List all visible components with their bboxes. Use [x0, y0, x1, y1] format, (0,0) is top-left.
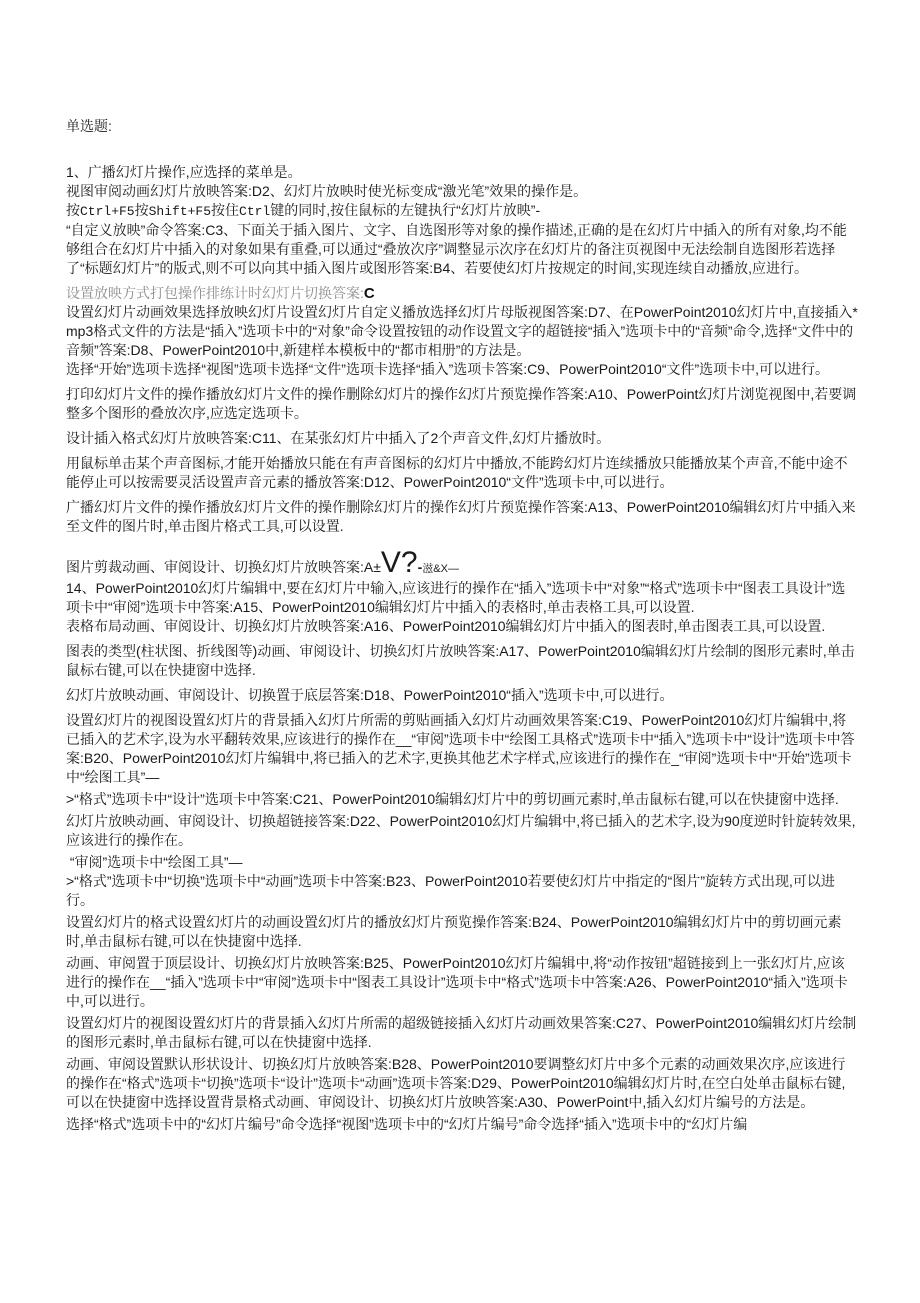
- paragraph-q28-q30: 动画、审阅设置默认形状设计、切换幻灯片放映答案:B28、PowerPoint20…: [66, 1055, 858, 1112]
- paragraph-q12: 用鼠标单击某个声音图标,才能开始播放只能在有声音图标的幻灯片中播放,不能跨幻灯片…: [66, 454, 858, 492]
- shortcut-ctrl-f5: Ctrl+F5: [80, 204, 135, 219]
- paragraph-q16: 表格布局动画、审阅设计、切换幻灯片放映答案:A16、PowerPoint2010…: [66, 617, 858, 636]
- text-run: 图片剪裁动画、审阅设计、切换幻灯片放映答案:A±: [66, 559, 381, 575]
- paragraph-q23: >“格式”选项卡中“切换”选项卡中“动画”选项卡中答案:B23、PowerPoi…: [66, 872, 858, 910]
- paragraph-final-truncated: 选择“格式”选项卡中的“幻灯片编号”命令选择“视图”选项卡中的“幻灯片编号”命令…: [66, 1115, 858, 1134]
- garbled-small-text: 滋&X—: [422, 563, 459, 575]
- paragraph-q11: 设计插入格式幻灯片放映答案:C11、在某张幻灯片中插入了2个声音文件,幻灯片播放…: [66, 429, 858, 448]
- section-heading: 单选题:: [66, 117, 858, 136]
- answer-letter: C: [364, 285, 375, 302]
- paragraph-q2: 视图审阅动画幻灯片放映答案:D2、幻灯片放映时使光标变成“激光笔”效果的操作是。: [66, 182, 858, 201]
- shortcut-ctrl: Ctrl: [239, 204, 270, 219]
- paragraph-q14-q15: 14、PowerPoint2010幻灯片编辑中,要在幻灯片中输入,应该进行的操作…: [66, 579, 858, 617]
- paragraph-q22: 幻灯片放映动画、审阅设计、切换超链接答案:D22、PowerPoint2010幻…: [66, 812, 858, 850]
- document-page: 单选题: 1、广播幻灯片操作,应选择的菜单是。 视图审阅动画幻灯片放映答案:D2…: [0, 0, 920, 1303]
- paragraph-q13: 广播幻灯片文件的操作播放幻灯片文件的操作删除幻灯片的操作幻灯片预览操作答案:A1…: [66, 498, 858, 536]
- paragraph-q1: 1、广播幻灯片操作,应选择的菜单是。: [66, 163, 858, 182]
- paragraph-q3-q4: “自定义放映”命令答案:C3、下面关于插入图片、文字、自选图形等对象的操作描述,…: [66, 221, 858, 278]
- shortcut-shift-f5: Shift+F5: [149, 204, 211, 219]
- paragraph-q17: 图表的类型(柱状图、折线图等)动画、审阅设计、切换幻灯片放映答案:A17、Pow…: [66, 642, 858, 680]
- paragraph-q21: >“格式”选项卡中“设计”选项卡中答案:C21、PowerPoint2010编辑…: [66, 790, 858, 809]
- paragraph-q19-q20: 设置幻灯片的视图设置幻灯片的背景插入幻灯片所需的剪贴画插入幻灯片动画效果答案:C…: [66, 711, 858, 787]
- paragraph-q22-tabs: “审阅”选项卡中“绘图工具”—: [66, 853, 858, 872]
- text-run: 键的同时,按住鼠标的左键执行“幻灯片放映”-: [270, 202, 540, 218]
- paragraph-q27: 设置幻灯片的视图设置幻灯片的背景插入幻灯片所需的超级链接插入幻灯片动画效果答案:…: [66, 1014, 858, 1052]
- text-run: 按: [66, 202, 80, 218]
- text-run: 按住: [211, 202, 239, 218]
- dimmed-text: 设置放映方式打包操作排练计时幻灯片切换答案:: [66, 285, 364, 301]
- oversized-glyphs: V?: [381, 546, 418, 579]
- paragraph-q24: 设置幻灯片的格式设置幻灯片的动画设置幻灯片的播放幻灯片预览操作答案:B24、Po…: [66, 913, 858, 951]
- garbled-answer-line: 图片剪裁动画、审阅设计、切换幻灯片放映答案:A±V?-滋&X—: [66, 548, 858, 579]
- paragraph-q25-q26: 动画、审阅置于顶层设计、切换幻灯片放映答案:B25、PowerPoint2010…: [66, 954, 858, 1011]
- paragraph-q18: 幻灯片放映动画、审阅设计、切换置于底层答案:D18、PowerPoint2010…: [66, 686, 858, 705]
- paragraph-q7-q8: 设置幻灯片动画效果选择放映幻灯片设置幻灯片自定义播放选择幻灯片母版视图答案:D7…: [66, 303, 858, 360]
- paragraph-q3-shortcuts: 按Ctrl+F5按Shift+F5按住Ctrl键的同时,按住鼠标的左键执行“幻灯…: [66, 201, 858, 221]
- paragraph-q10: 打印幻灯片文件的操作播放幻灯片文件的操作删除幻灯片的操作幻灯片预览操作答案:A1…: [66, 385, 858, 423]
- text-run: 按: [135, 202, 149, 218]
- dimmed-answer-line: 设置放映方式打包操作排练计时幻灯片切换答案:C: [66, 284, 858, 303]
- paragraph-q9: 选择“开始”选项卡选择“视图”选项卡选择“文件”选项卡选择“插入”选项卡答案:C…: [66, 360, 858, 379]
